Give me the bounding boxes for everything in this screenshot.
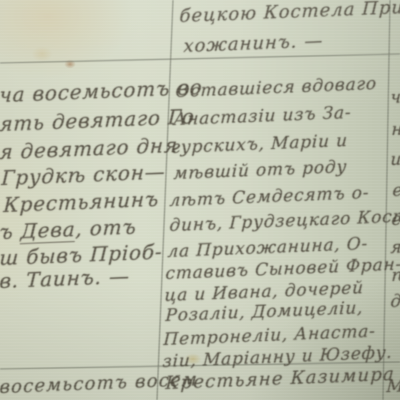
handwriting-fragment: н (391, 120, 400, 141)
handwriting-fragment: е (392, 181, 400, 201)
column-divider-line (383, 0, 390, 400)
word-fragment: ъ (0, 219, 21, 244)
handwriting-fragment: ч (390, 88, 400, 108)
handwriting-fragment: и (390, 150, 400, 170)
handwriting-fragment: ѣ (391, 265, 400, 286)
handwriting-fragment: я (390, 238, 400, 259)
underlined-word: Дева (20, 217, 76, 244)
word-fragment: , отъ (75, 214, 137, 241)
handwriting-fragment: е (391, 210, 400, 230)
handwriting-fragment: д (390, 292, 400, 312)
handwriting-fragment: М (386, 376, 400, 397)
ink-layer: бецкою Костела При- хожанинъ. — ча восем… (0, 0, 400, 400)
document-photo: бецкою Костела При- хожанинъ. — ча восем… (0, 0, 400, 400)
